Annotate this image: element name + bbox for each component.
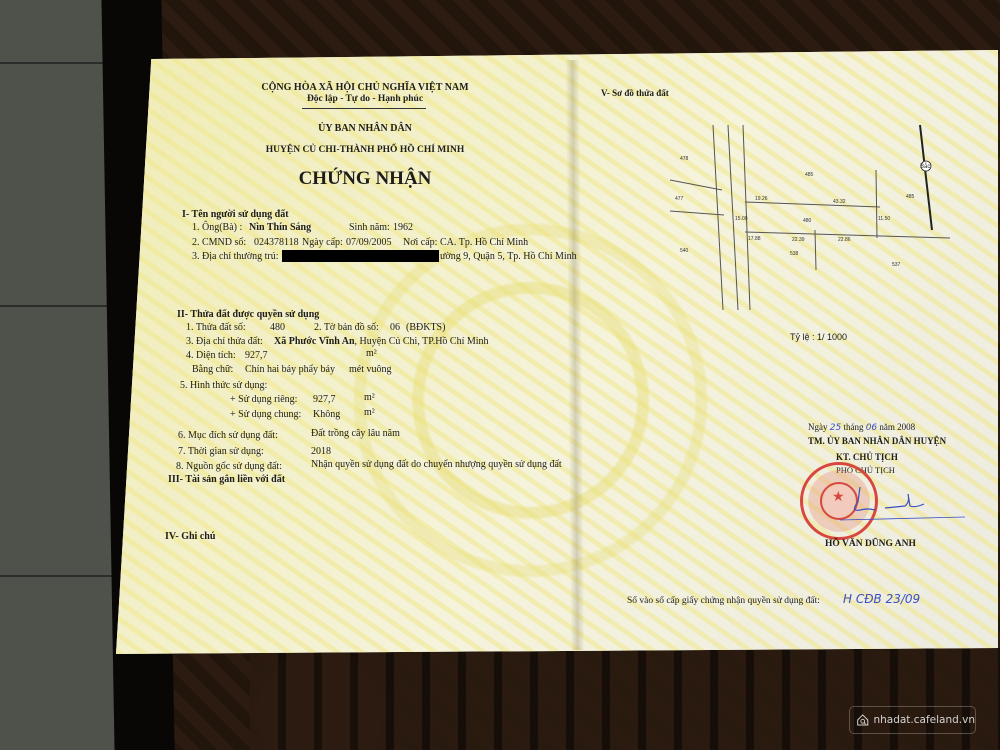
registry-number: H CĐB 23/09 bbox=[843, 592, 920, 606]
area-value: 927,7 bbox=[245, 350, 268, 361]
map-parcel-label: 477 bbox=[675, 196, 684, 202]
map-parcel-label: 538 bbox=[790, 251, 799, 257]
purpose-label: 6. Mục đích sử dụng đất: bbox=[178, 430, 278, 441]
shared-use-value: Không bbox=[313, 409, 340, 420]
section-4-heading: IV- Ghi chú bbox=[165, 531, 215, 542]
year-label: năm 2008 bbox=[879, 422, 915, 432]
address-label: 3. Địa chỉ thường trú: bbox=[192, 251, 279, 262]
issuing-authority: ỦY BAN NHÂN DÂN bbox=[240, 123, 490, 134]
origin-value: Nhận quyền sử dụng đất do chuyển nhượng … bbox=[311, 459, 562, 470]
redaction-bar bbox=[282, 250, 439, 262]
section-2-heading: II- Thửa đất được quyền sử dụng bbox=[177, 309, 319, 320]
id-number: 024378118 bbox=[254, 237, 299, 248]
map-sheet-label: 2. Tờ bản đồ số: bbox=[314, 322, 379, 333]
issue-date: 07/09/2005 bbox=[346, 237, 392, 248]
parcel-number: 480 bbox=[270, 322, 285, 333]
location-rest: , Huyện Củ Chi, TP.Hồ Chí Minh bbox=[355, 336, 489, 347]
on-behalf-of: KT. CHỦ TỊCH bbox=[836, 452, 898, 462]
registry-label: Số vào sổ cấp giấy chứng nhận quyền sử d… bbox=[627, 596, 820, 606]
north-arrow-label: Bắc bbox=[920, 163, 930, 170]
issue-place: CA. Tp. Hồ Chí Minh bbox=[440, 237, 528, 248]
map-edge-length: 19.26 bbox=[755, 196, 768, 202]
map-edge-length: 15.00 bbox=[735, 216, 748, 222]
section-1-heading: I- Tên người sử dụng đất bbox=[182, 209, 289, 220]
private-use-unit: m² bbox=[364, 392, 375, 403]
map-parcel-label: 478 bbox=[680, 156, 689, 162]
issuing-district: HUYỆN CỦ CHI-THÀNH PHỐ HỒ CHÍ MINH bbox=[240, 145, 490, 155]
header-rule bbox=[302, 108, 426, 109]
birth-label: Sinh năm: bbox=[349, 222, 390, 233]
site-watermark: nhadat.cafeland.vn bbox=[849, 706, 976, 734]
issue-date-label: Ngày cấp: bbox=[302, 237, 343, 248]
area-unit: m² bbox=[366, 348, 377, 359]
map-labels: 478 477 540 485 480 538 537 485 19.26 43… bbox=[675, 156, 930, 268]
map-sheet-note: (BĐKTS) bbox=[406, 322, 445, 333]
private-use-label: + Sử dụng riêng: bbox=[230, 394, 297, 405]
country-name: CỘNG HÒA XÃ HỘI CHỦ NGHĨA VIỆT NAM bbox=[240, 82, 490, 93]
location-value: Xã Phước Vĩnh An, Huyện Củ Chi, TP.Hồ Ch… bbox=[274, 336, 489, 347]
house-search-icon bbox=[856, 712, 869, 728]
national-motto: Độc lập - Tự do - Hạnh phúc bbox=[240, 94, 490, 104]
term-value: 2018 bbox=[311, 446, 331, 457]
parcel-label: 1. Thửa đất số: bbox=[186, 322, 246, 333]
origin-label: 8. Nguồn gốc sử dụng đất: bbox=[176, 461, 282, 472]
watermark-text: nhadat.cafeland.vn bbox=[873, 714, 975, 726]
map-edge-length: 17.88 bbox=[748, 236, 761, 242]
area-words-unit: mét vuông bbox=[349, 364, 392, 375]
owner-name: Nìn Thín Sáng bbox=[249, 222, 311, 233]
shared-use-label: + Sử dụng chung: bbox=[230, 409, 301, 420]
map-edge-length: 11.50 bbox=[878, 216, 890, 222]
date-prefix: Ngày bbox=[808, 422, 828, 432]
map-edge-length: 22.39 bbox=[792, 237, 805, 243]
sign-day: 25 bbox=[830, 423, 841, 433]
private-use-value: 927,7 bbox=[313, 394, 336, 405]
map-scale: Tỷ lệ : 1/ 1000 bbox=[790, 332, 847, 342]
birth-year: 1962 bbox=[393, 222, 413, 233]
month-label: tháng bbox=[843, 422, 863, 432]
map-parcel-label: 485 bbox=[906, 194, 915, 200]
issue-place-label: Nơi cấp: bbox=[403, 237, 437, 248]
tablecloth bbox=[250, 648, 1000, 750]
id-label: 2. CMND số: bbox=[192, 237, 246, 248]
term-label: 7. Thời gian sử dụng: bbox=[178, 446, 264, 457]
section-5-heading: V- Sơ đồ thửa đất bbox=[601, 88, 669, 98]
sign-date: Ngày 25 tháng 06 năm 2008 bbox=[808, 422, 915, 433]
map-edge-length: 43.32 bbox=[833, 199, 846, 205]
owner-label: 1. Ông(Bà) : bbox=[192, 222, 242, 233]
usage-form-label: 5. Hình thức sử dụng: bbox=[180, 380, 267, 391]
parcel-map: 478 477 540 485 480 538 537 485 19.26 43… bbox=[640, 110, 970, 330]
signer-name: HỒ VĂN DŨNG ANH bbox=[825, 539, 916, 549]
purpose-value: Đất trồng cây lâu năm bbox=[311, 428, 400, 439]
map-edge-length: 22.86 bbox=[838, 237, 851, 243]
map-sheet-number: 06 bbox=[390, 322, 400, 333]
map-parcel-label: 537 bbox=[892, 262, 901, 268]
area-words: Chín hai bảy phẩy bảy bbox=[245, 364, 335, 375]
location-label: 3. Địa chỉ thửa đất: bbox=[186, 336, 263, 347]
map-parcel-label: 485 bbox=[805, 172, 814, 178]
address-visible: ường 9, Quận 5, Tp. Hồ Chí Minh bbox=[440, 251, 577, 262]
map-parcel-label: 540 bbox=[680, 248, 689, 254]
handwritten-signature bbox=[830, 482, 970, 522]
shared-use-unit: m² bbox=[364, 407, 375, 418]
signing-org: TM. ỦY BAN NHÂN DÂN HUYỆN bbox=[808, 436, 946, 446]
map-parcel-label: 480 bbox=[803, 218, 812, 224]
section-3-heading: III- Tài sản gắn liền với đất bbox=[168, 474, 285, 485]
document-title: CHỨNG NHẬN bbox=[240, 168, 490, 190]
area-label: 4. Diện tích: bbox=[186, 350, 236, 361]
sign-month: 06 bbox=[866, 423, 877, 433]
area-words-label: Bằng chữ: bbox=[192, 364, 233, 375]
commune-name: Xã Phước Vĩnh An bbox=[274, 336, 355, 347]
